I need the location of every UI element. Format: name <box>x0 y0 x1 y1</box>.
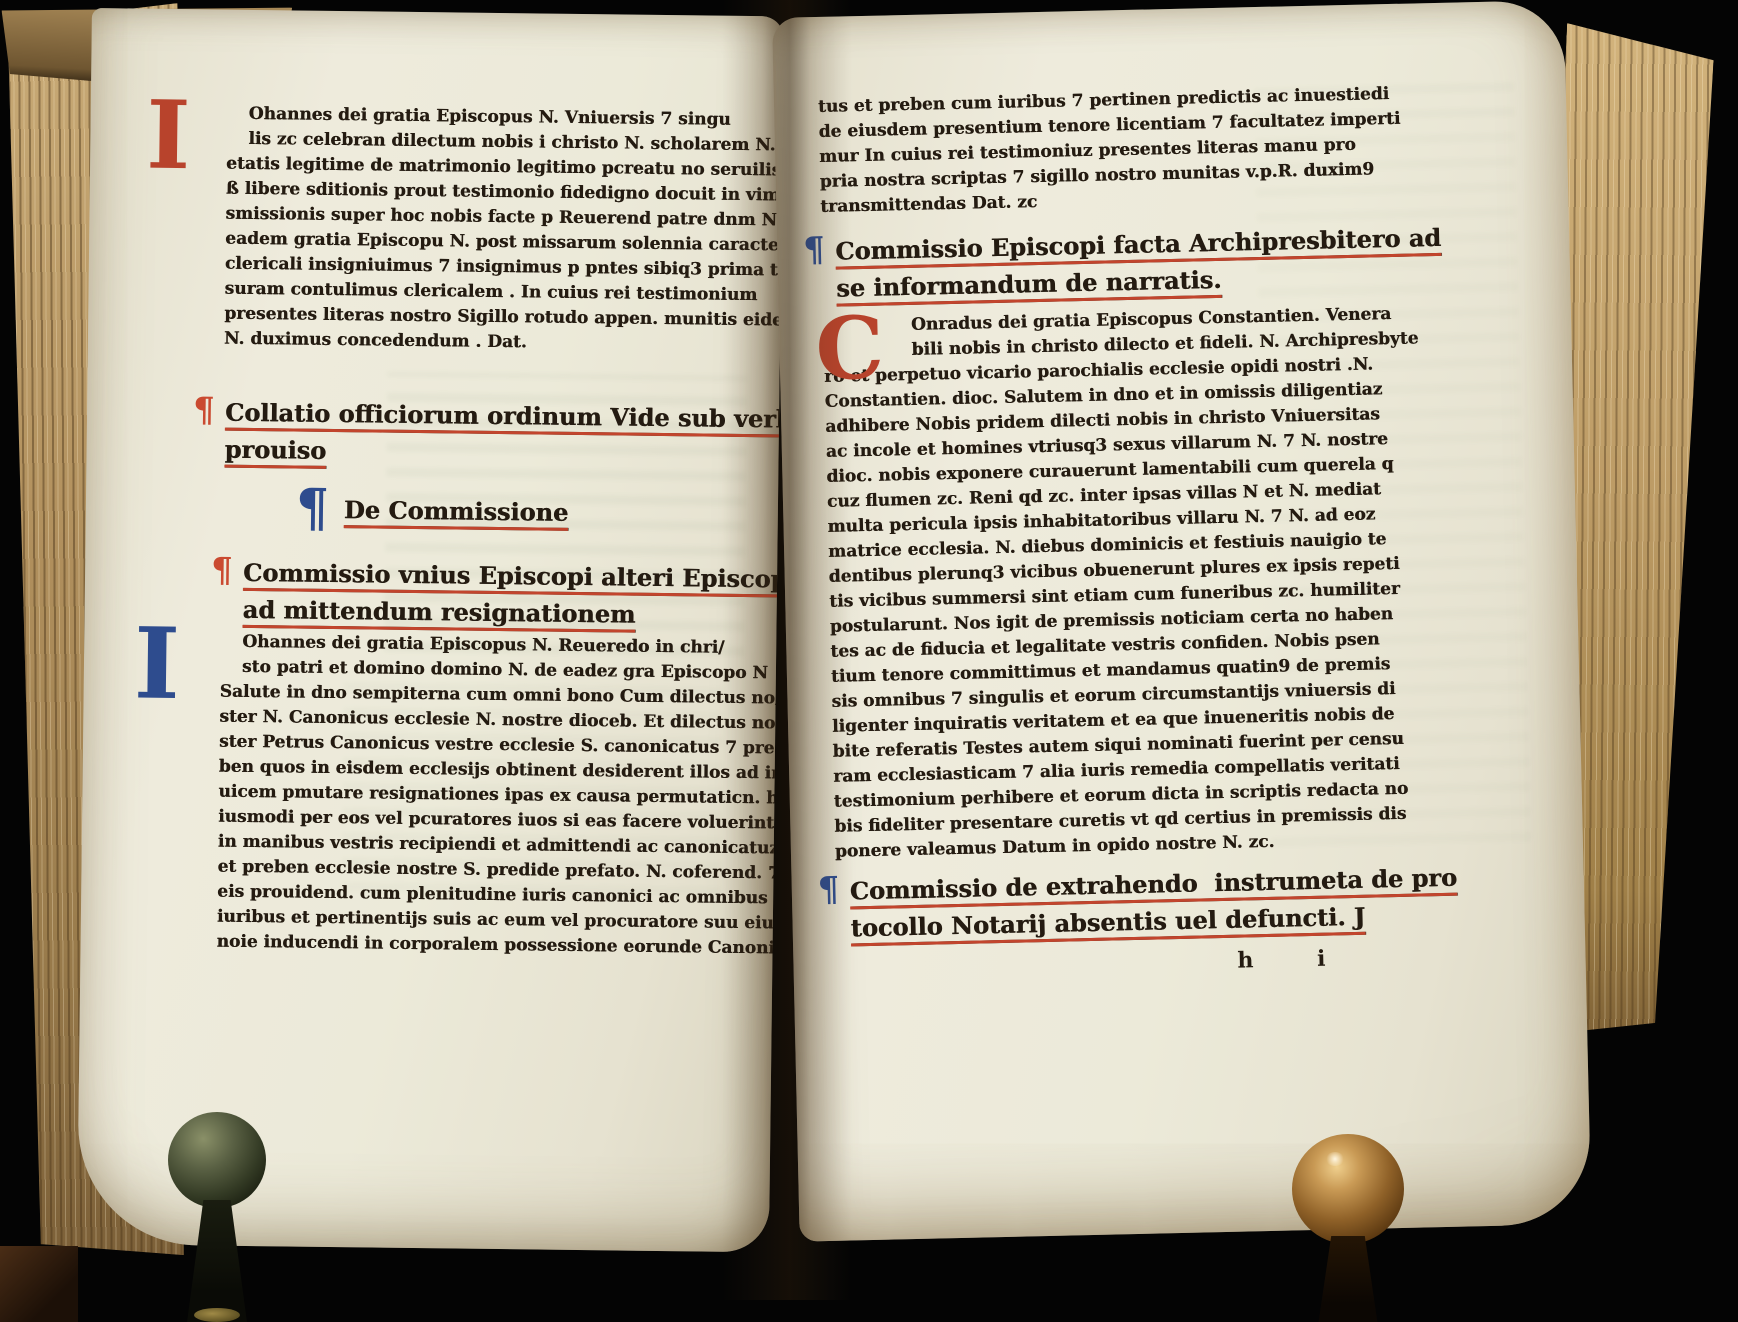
pilcrow-mark: ¶ <box>211 553 233 587</box>
bookstand-knob-left <box>168 1112 268 1322</box>
left-paragraph-johannes-1: I Ohannes dei gratia Episcopus N. Vniuer… <box>224 102 784 359</box>
pilcrow-mark: ¶ <box>803 233 825 267</box>
right-text-column: tus et preben cum iuribus 7 pertinen pre… <box>818 82 1401 1094</box>
knob-stem <box>1318 1236 1378 1322</box>
right-paragraph-continuation: tus et preben cum iuribus 7 pertinen pre… <box>818 82 1403 220</box>
photograph-of-open-incunable-book: I Ohannes dei gratia Episcopus N. Vniuer… <box>0 0 1738 1322</box>
left-text-column: I Ohannes dei gratia Episcopus N. Vniuer… <box>213 102 784 1209</box>
quire-signature-mark: h i <box>1237 945 1354 974</box>
drop-cap-initial-I: I <box>146 97 191 177</box>
drop-cap-initial-C: C <box>815 312 885 387</box>
heading-line: prouiso <box>224 431 784 475</box>
heading-commissio-vnius: ¶ Commissio vnius Episcopi alteri Episco… <box>242 554 784 635</box>
pilcrow-mark: ¶ <box>296 483 330 535</box>
knob-brass-ring <box>194 1308 240 1322</box>
left-paragraph-johannes-2: I Ohannes dei gratia Episcopus N. Reuere… <box>216 630 784 962</box>
heading-line: De Commissione <box>344 491 569 531</box>
left-page: I Ohannes dei gratia Episcopus N. Vniuer… <box>77 8 784 1252</box>
pilcrow-mark: ¶ <box>817 873 839 907</box>
drop-cap-initial-I: I <box>133 623 180 707</box>
heading-collatio-officiorum: ¶ Collatio officiorum ordinum Vide sub v… <box>224 394 784 475</box>
heading-line: ad mittendum resignationem <box>242 591 784 635</box>
bookstand-knob-right <box>1292 1134 1407 1322</box>
pilcrow-mark: ¶ <box>193 393 215 427</box>
right-page: tus et preben cum iuribus 7 pertinen pre… <box>772 0 1592 1242</box>
stand-corner-fragment <box>0 1246 78 1322</box>
knob-ball <box>1292 1134 1404 1244</box>
heading-de-commissione: ¶ De Commissione <box>344 491 569 531</box>
right-paragraph-conradus: C Onradus dei gratia Episcopus Constanti… <box>823 301 1430 864</box>
heading-commissio-extrahendo: ¶ Commissio de extrahendo instrumeta de … <box>849 859 1458 947</box>
heading-commissio-episcopi: ¶ Commissio Episcopi facta Archipresbite… <box>835 219 1442 307</box>
knob-highlight <box>1326 1152 1344 1166</box>
knob-stem <box>186 1200 248 1322</box>
knob-ball <box>168 1112 266 1208</box>
